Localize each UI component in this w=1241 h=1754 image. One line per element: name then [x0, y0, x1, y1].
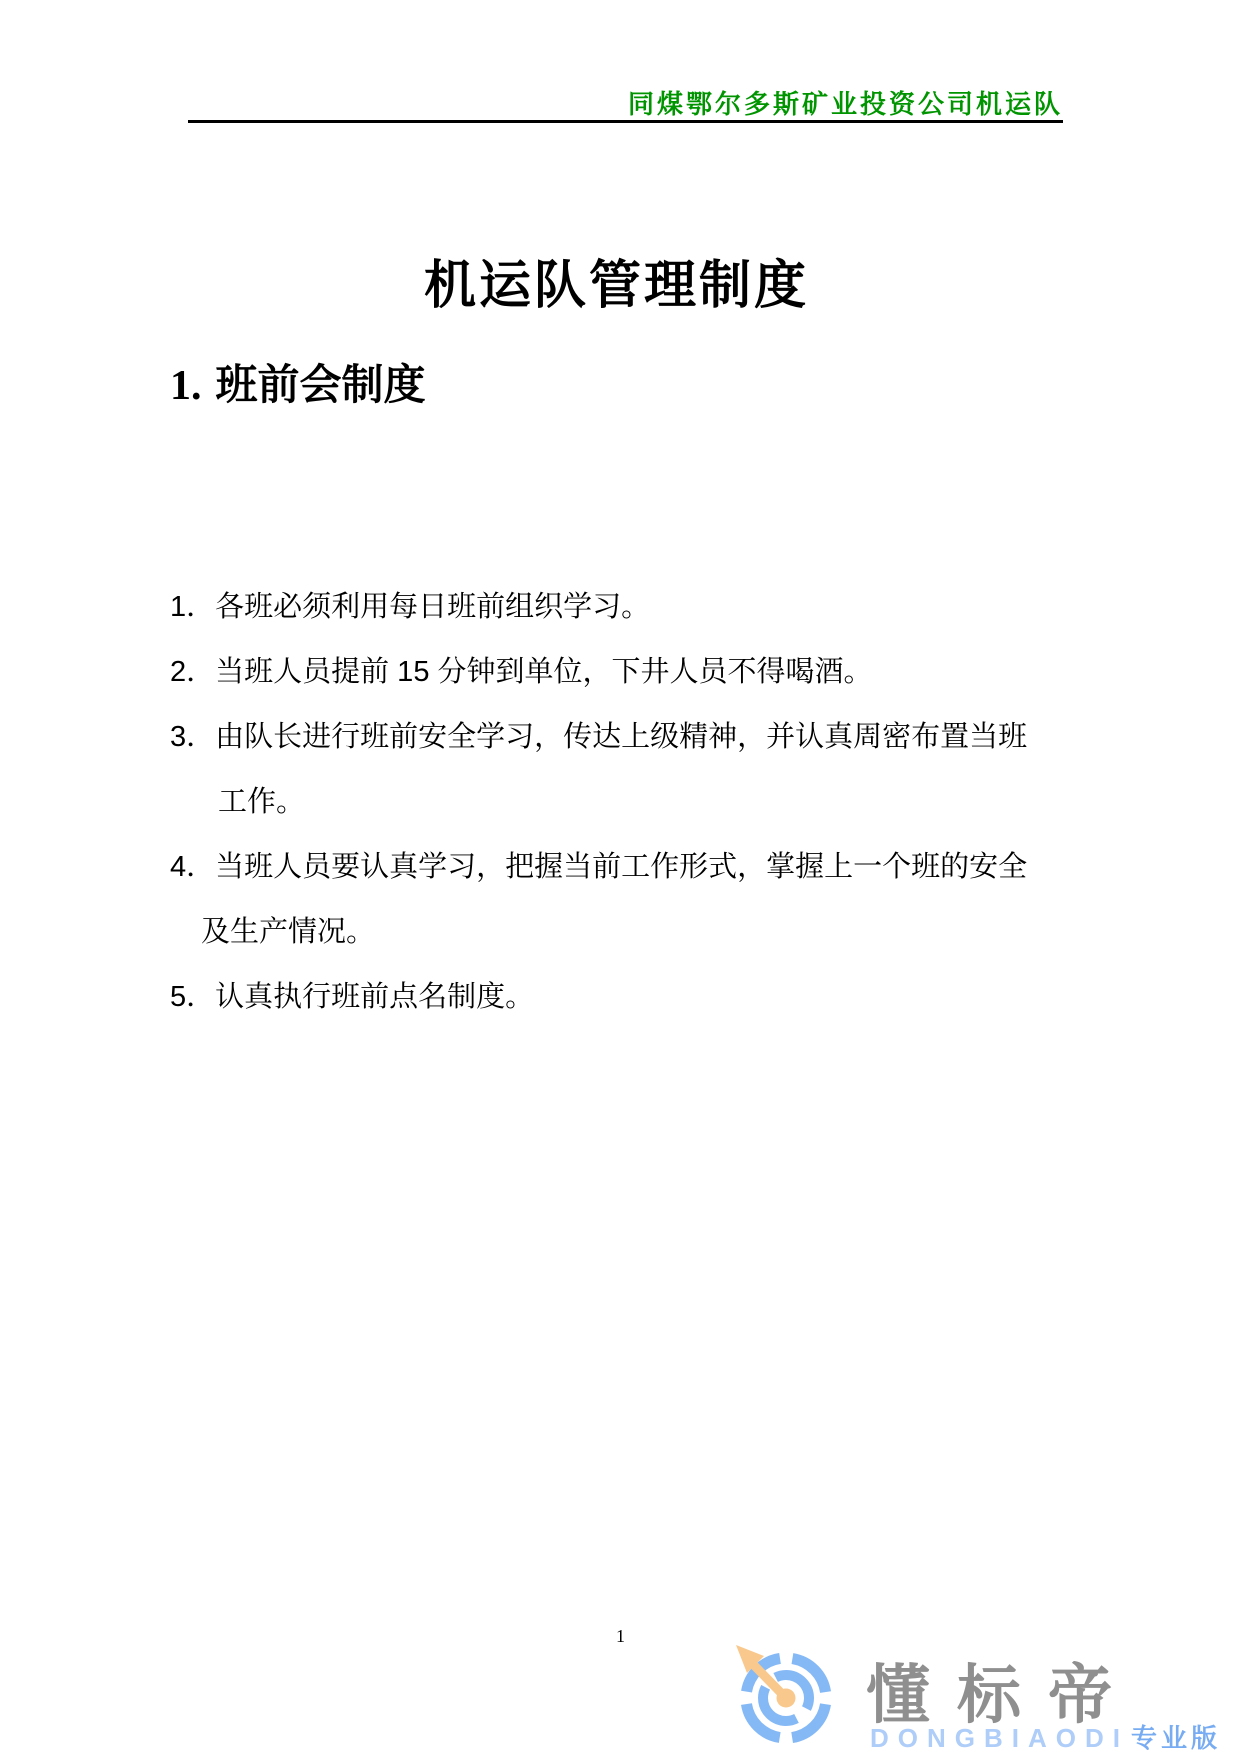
watermark: 懂标帝 DONGBIAODI专业版 [730, 1638, 1241, 1754]
watermark-subtext: DONGBIAODI专业版 [870, 1718, 1221, 1754]
list-item: 1．各班必须利用每日班前组织学习。 [170, 575, 1070, 640]
list-item: 3．由队长进行班前安全学习，传达上级精神，并认真周密布置当班 [170, 705, 1070, 770]
watermark-latin-text: DONGBIAODI [870, 1723, 1129, 1753]
header-rule [188, 120, 1063, 123]
list-item: 4．当班人员要认真学习，把握当前工作形式，掌握上一个班的安全 [170, 835, 1070, 900]
document-page: 同煤鄂尔多斯矿业投资公司机运队 机运队管理制度 1.班前会制度 1．各班必须利用… [0, 0, 1241, 1754]
body-text: 1．各班必须利用每日班前组织学习。 2．当班人员提前 15 分钟到单位，下井人员… [170, 575, 1070, 1030]
section-heading: 1.班前会制度 [170, 352, 426, 412]
list-item-continuation: 工作。 [170, 770, 1070, 835]
section-title: 班前会制度 [216, 361, 426, 408]
header-company-name: 同煤鄂尔多斯矿业投资公司机运队 [188, 84, 1063, 121]
list-item: 2．当班人员提前 15 分钟到单位，下井人员不得喝酒。 [170, 640, 1070, 705]
document-title: 机运队管理制度 [170, 243, 1063, 318]
section-number: 1. [170, 363, 202, 409]
list-item: 5．认真执行班前点名制度。 [170, 965, 1070, 1030]
dongbiaodi-target-logo-icon [730, 1640, 842, 1752]
watermark-edition-text: 专业版 [1131, 1723, 1221, 1753]
list-item-continuation: 及生产情况。 [170, 900, 1070, 965]
